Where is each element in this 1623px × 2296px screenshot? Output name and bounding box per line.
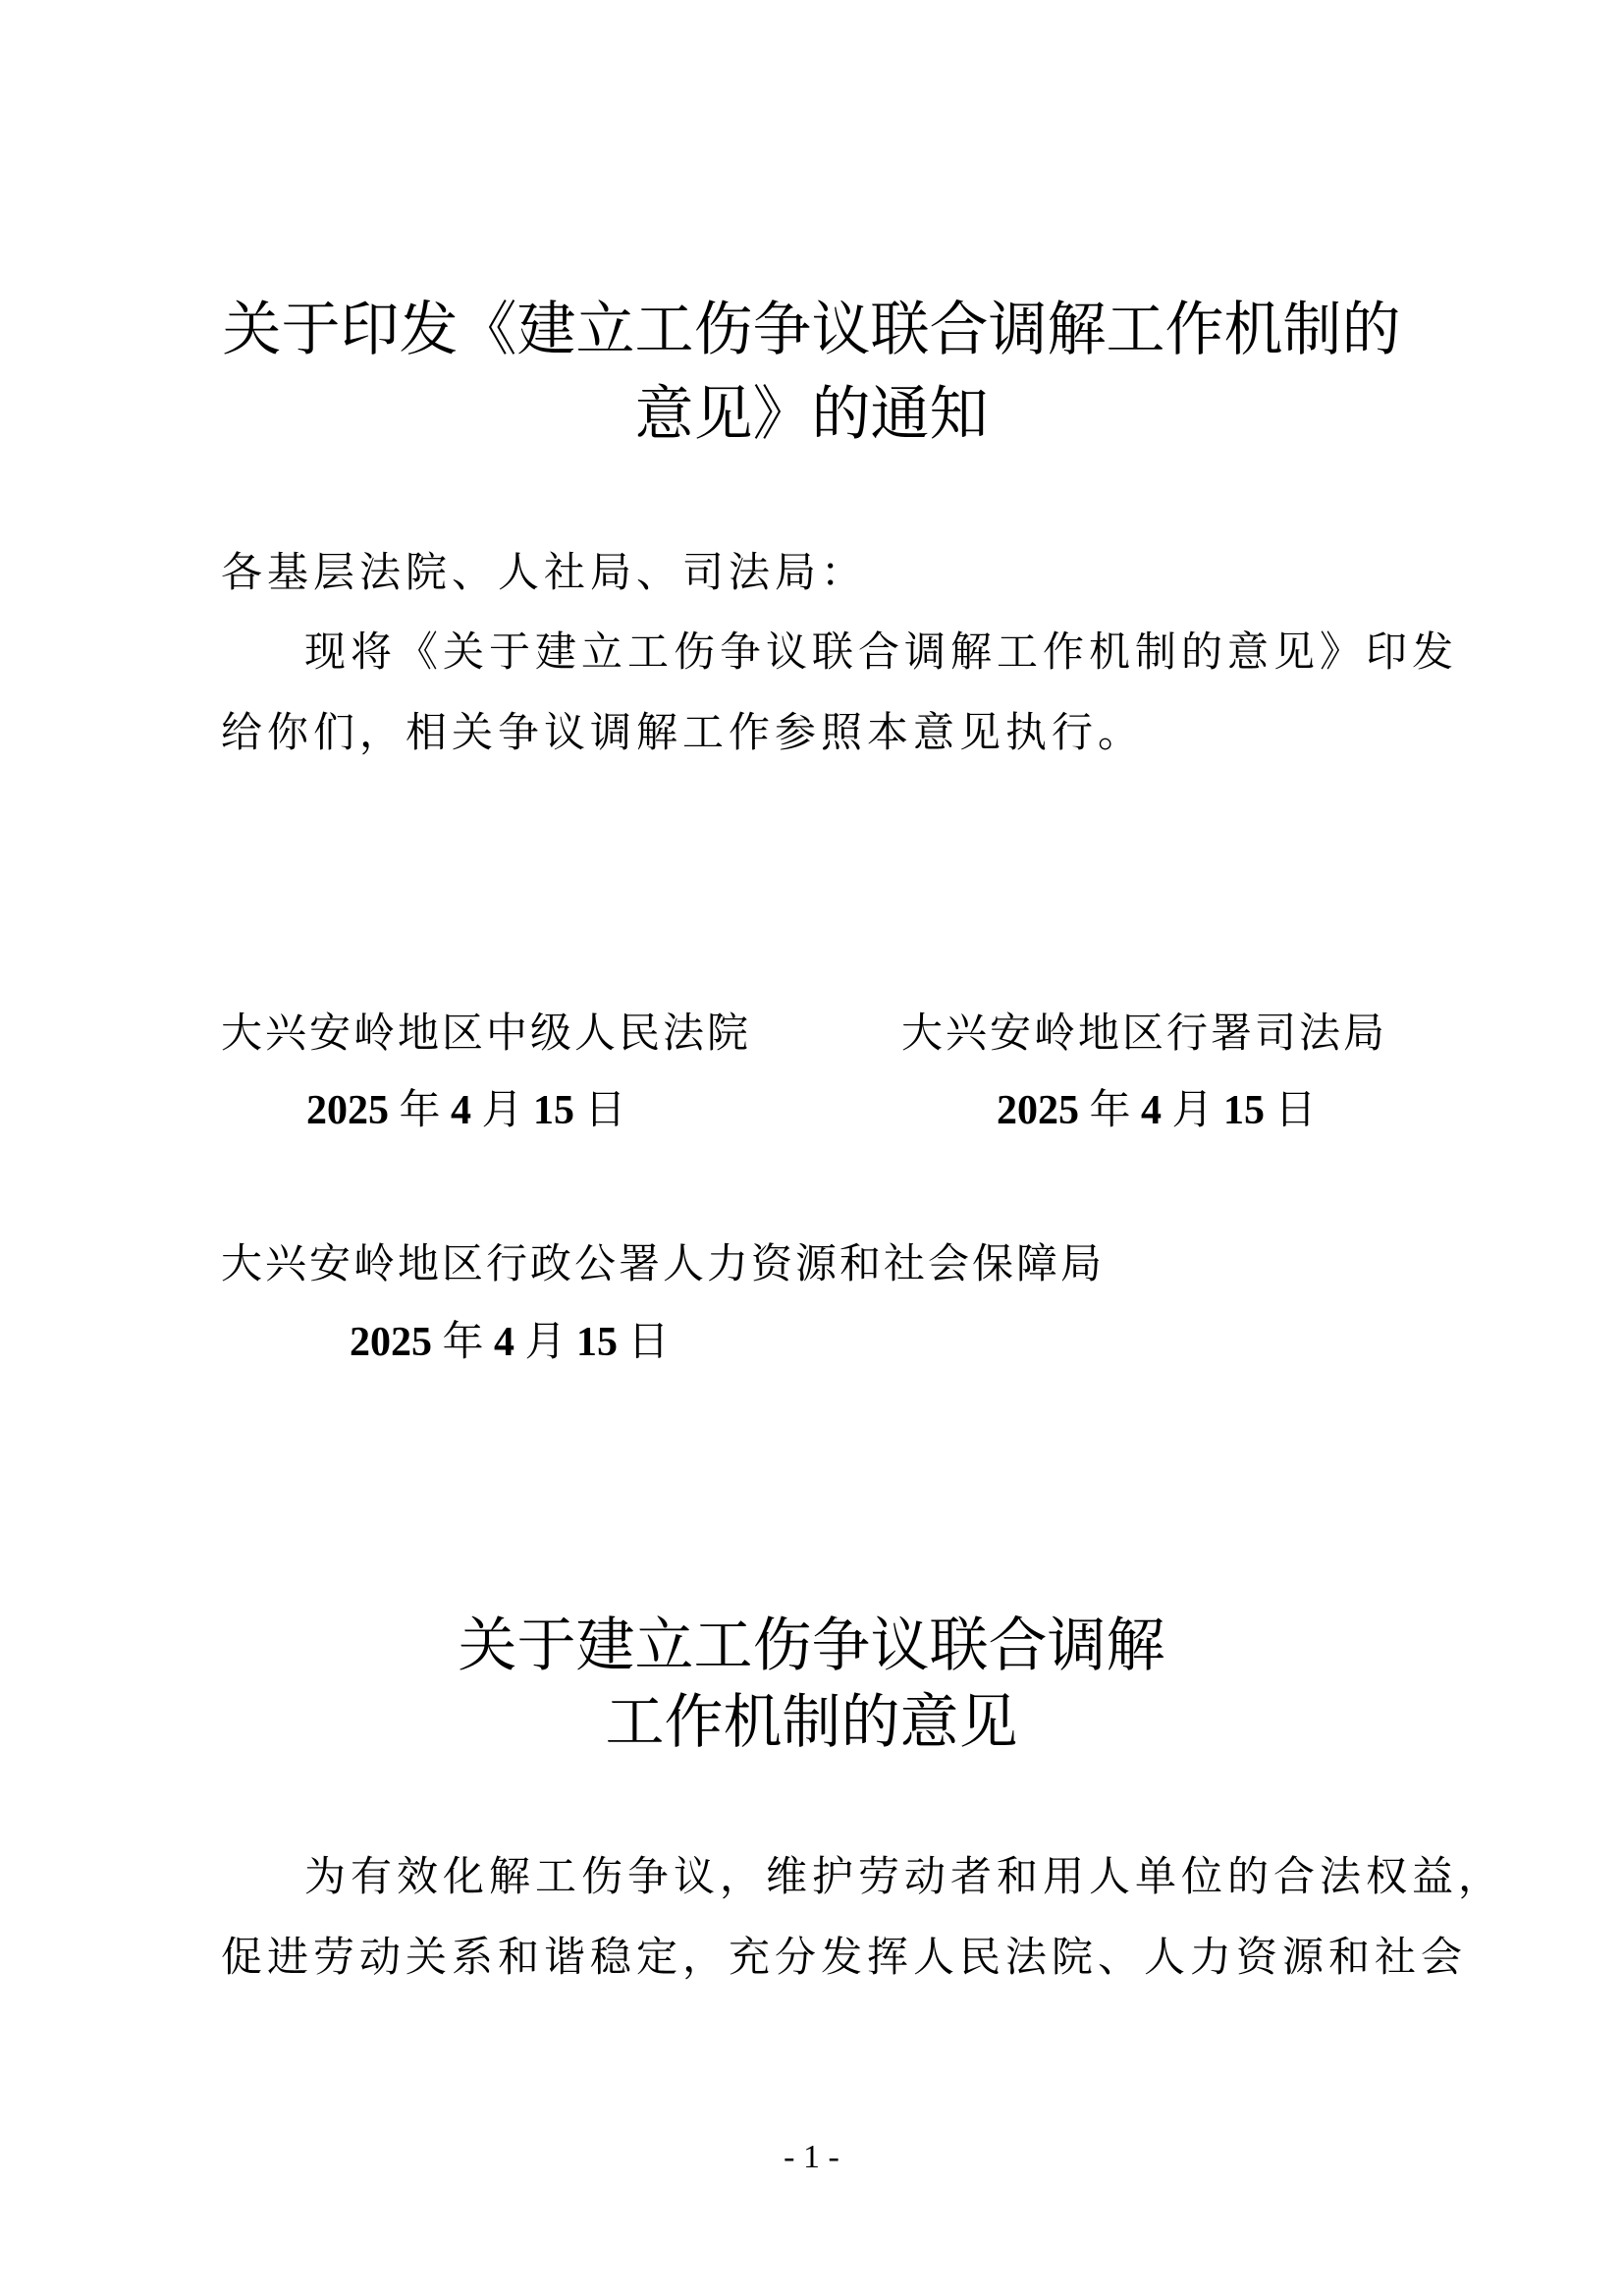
date-month-unit: 月 bbox=[1172, 1088, 1214, 1133]
document-page: 关于印发《建立工伤争议联合调解工作机制的 意见》的通知 各基层法院、人社局、司法… bbox=[0, 0, 1623, 2296]
date-day-unit: 日 bbox=[1275, 1088, 1317, 1133]
date-month: 4 bbox=[494, 1320, 514, 1365]
signatory-court: 大兴安岭地区中级人民法院 bbox=[221, 1012, 751, 1054]
opinion-para-line-2: 促进劳动关系和谐稳定，充分发挥人民法院、人力资源和社会 bbox=[221, 1937, 1467, 1978]
notice-body-line-2: 给你们，相关争议调解工作参照本意见执行。 bbox=[221, 712, 1144, 753]
notice-body-line-1: 现将《关于建立工伤争议联合调解工作机制的意见》印发 bbox=[304, 631, 1458, 673]
notice-title-line-2: 意见》的通知 bbox=[0, 385, 1623, 444]
date-day: 15 bbox=[576, 1320, 618, 1365]
opinion-title-line-1: 关于建立工伤争议联合调解 bbox=[0, 1616, 1623, 1675]
date-day: 15 bbox=[1223, 1088, 1265, 1133]
date-day-unit: 日 bbox=[628, 1320, 670, 1365]
date-month-unit: 月 bbox=[482, 1088, 523, 1133]
signatory-court-date: 2025 年 4 月 15 日 bbox=[306, 1090, 626, 1131]
signatory-hrss-bureau: 大兴安岭地区行政公署人力资源和社会保障局 bbox=[221, 1243, 1105, 1285]
opinion-title-line-2: 工作机制的意见 bbox=[0, 1693, 1623, 1752]
date-year: 2025 bbox=[997, 1088, 1079, 1133]
signatory-hrss-bureau-date: 2025 年 4 月 15 日 bbox=[350, 1322, 670, 1363]
date-year-unit: 年 bbox=[443, 1320, 484, 1365]
date-day-unit: 日 bbox=[585, 1088, 626, 1133]
signatory-justice-bureau: 大兴安岭地区行署司法局 bbox=[901, 1012, 1387, 1054]
date-year-unit: 年 bbox=[1090, 1088, 1131, 1133]
date-day: 15 bbox=[533, 1088, 574, 1133]
date-year-unit: 年 bbox=[400, 1088, 441, 1133]
date-year: 2025 bbox=[306, 1088, 389, 1133]
date-month: 4 bbox=[1141, 1088, 1162, 1133]
date-year: 2025 bbox=[350, 1320, 432, 1365]
date-month: 4 bbox=[451, 1088, 471, 1133]
addressee: 各基层法院、人社局、司法局： bbox=[221, 552, 867, 593]
notice-title-line-1: 关于印发《建立工伤争议联合调解工作机制的 bbox=[0, 301, 1623, 359]
page-number: - 1 - bbox=[0, 2139, 1623, 2176]
date-month-unit: 月 bbox=[525, 1320, 567, 1365]
opinion-para-line-1: 为有效化解工伤争议，维护劳动者和用人单位的合法权益， bbox=[304, 1856, 1504, 1897]
signatory-justice-bureau-date: 2025 年 4 月 15 日 bbox=[997, 1090, 1317, 1131]
